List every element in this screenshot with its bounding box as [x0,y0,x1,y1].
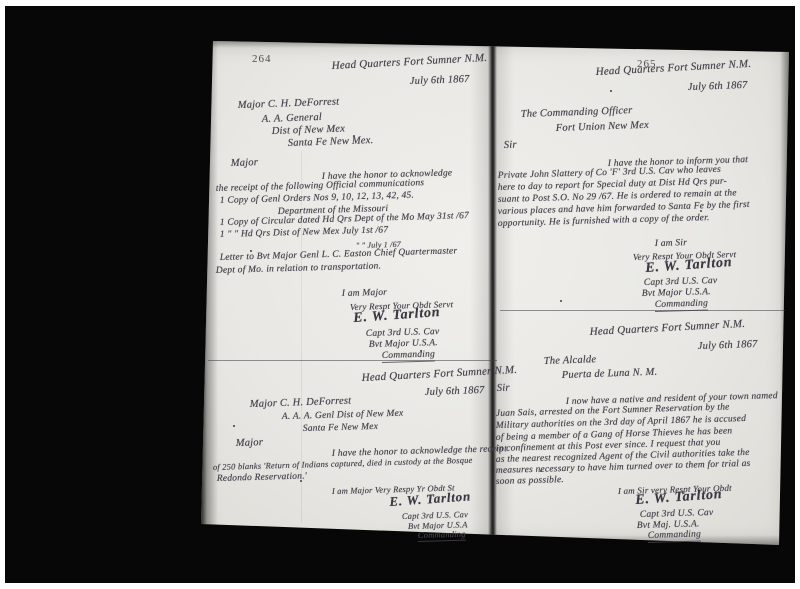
addressee-line: A. A. A. Genl Dist of New Mex [282,409,404,422]
addressee-line: The Alcalde [544,354,597,367]
signature-title-line: Bvt Major U.S.A. [642,287,711,299]
letter-separator-rule [208,360,497,361]
body-line: 1 Copy of Circular dated Hd Qrs Dept of … [220,211,469,228]
addressee-line: Puerta de Luna N. M. [562,367,658,381]
signature-title-line: Capt 3rd U.S. Cav [640,508,714,520]
signature-title-line: Capt 3rd U.S. Cav [366,327,440,339]
closing-line: I am Sir [655,238,687,249]
salutation: Major [236,437,264,449]
letter-place-line: Head Quarters Fort Sumner N.M. [331,52,487,72]
salutation: Sir [497,383,510,394]
body-line: soon as possible. [496,475,564,487]
body-line: Letter to Bvt Major Genl L. C. Easton Ch… [220,246,458,263]
addressee-line: Santa Fe New Mex. [288,135,374,149]
body-line: Dept of Mo. in relation to transportatio… [216,261,382,276]
addressee-line: Santa Fe New Mex [303,422,378,434]
salutation: Major [231,157,259,169]
addressee-line: Dist of New Mex [272,123,346,137]
addressee-line: The Commanding Officer [521,105,633,120]
scan-speckles [233,425,235,427]
letter-place-line: Head Quarters Fort Sumner N.M. [595,58,751,78]
letter-date-line: July 6th 1867 [688,80,748,93]
salutation: Sir [504,140,517,151]
page-number-left: 264 [252,53,272,65]
signature-title-line: Commanding [418,529,466,542]
closing-line: I am Major [342,288,388,299]
addressee-line: Major C. H. DeForrest [250,395,352,410]
letter-date-line: July 6th 1867 [410,74,470,87]
letter-date-line: July 6th 1867 [425,385,485,398]
letterbook-content: 264 Head Quarters Fort Sumner N.M. July … [0,0,800,589]
body-line: 1 " " Hd Qrs Dist of New Mex July 1st /6… [220,225,389,240]
signature-title-line: Commanding [648,530,702,543]
letter-separator-rule [500,310,785,311]
addressee-line: A. A. General [262,112,323,125]
body-line: Redondo Reservation.' [217,471,307,484]
letter-date-line: July 6th 1867 [698,339,758,352]
letter-place-line: Head Quarters Fort Sumner N.M. [589,318,745,338]
addressee-line: Fort Union New Mex [556,120,649,134]
addressee-line: Major C. H. DeForrest [238,96,340,111]
signature-title-line: Bvt Major U.S.A. [369,338,438,350]
letter-place-line: Head Quarters Fort Sumner N.M. [361,364,517,384]
